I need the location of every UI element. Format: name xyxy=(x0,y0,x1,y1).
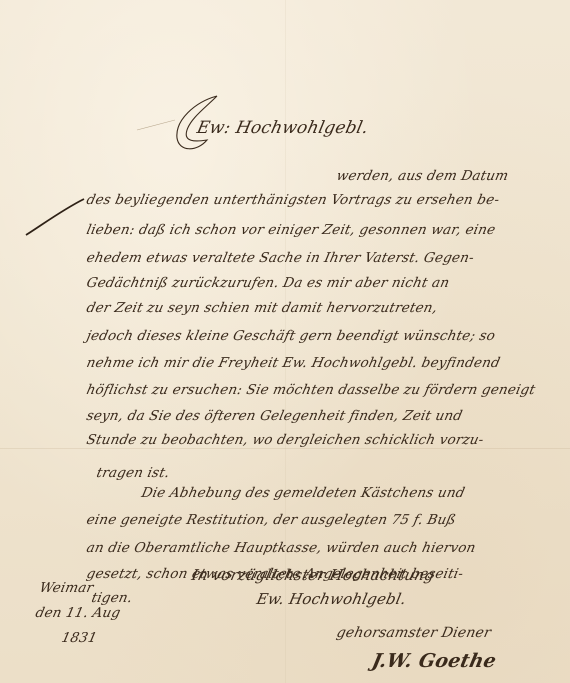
salutation: Ew: Hochwohlgebl. xyxy=(195,118,370,138)
body-line: Stunde zu beobachten, wo dergleichen sch… xyxy=(85,432,485,448)
body-line: an die Oberamtliche Hauptkasse, würden a… xyxy=(85,540,477,556)
letter-page: Ew: Hochwohlgebl. werden, aus dem Datum … xyxy=(0,0,570,683)
date: den 11. Aug xyxy=(34,605,122,621)
closing-line: Ew. Hochwohlgebl. xyxy=(255,590,408,608)
body-line: eine geneigte Restitution, der ausgelegt… xyxy=(85,512,457,528)
closing-line: In vorzüglichster Hochachtung xyxy=(190,566,436,584)
body-line: lieben: daß ich schon vor einiger Zeit, … xyxy=(85,222,497,238)
place: Weimar xyxy=(38,580,95,596)
signature: J.W. Goethe xyxy=(370,650,498,672)
body-line: ehedem etwas veraltete Sache in Ihrer Va… xyxy=(85,250,476,266)
body-line: seyn, da Sie des öfteren Gelegenheit fin… xyxy=(85,408,464,424)
body-line: des beyliegenden unterthänigsten Vortrag… xyxy=(85,192,501,208)
body-line: tragen ist. xyxy=(95,465,171,481)
body-line: nehme ich mir die Freyheit Ew. Hochwohlg… xyxy=(85,355,502,371)
body-line: tigen. xyxy=(90,590,134,606)
body-line: werden, aus dem Datum xyxy=(335,168,510,184)
body-line: Gedächtniß zurückzurufen. Da es mir aber… xyxy=(85,275,451,291)
margin-stroke xyxy=(22,195,92,240)
body-line: Die Abhebung des gemeldeten Kästchens un… xyxy=(140,485,466,501)
body-line: der Zeit zu seyn schien mit damit hervor… xyxy=(85,300,439,316)
body-line: höflichst zu ersuchen: Sie möchten dasse… xyxy=(85,382,537,398)
body-line: jedoch dieses kleine Geschäft gern beend… xyxy=(85,328,497,344)
year: 1831 xyxy=(60,630,99,646)
closing-line: gehorsamster Diener xyxy=(335,625,493,641)
